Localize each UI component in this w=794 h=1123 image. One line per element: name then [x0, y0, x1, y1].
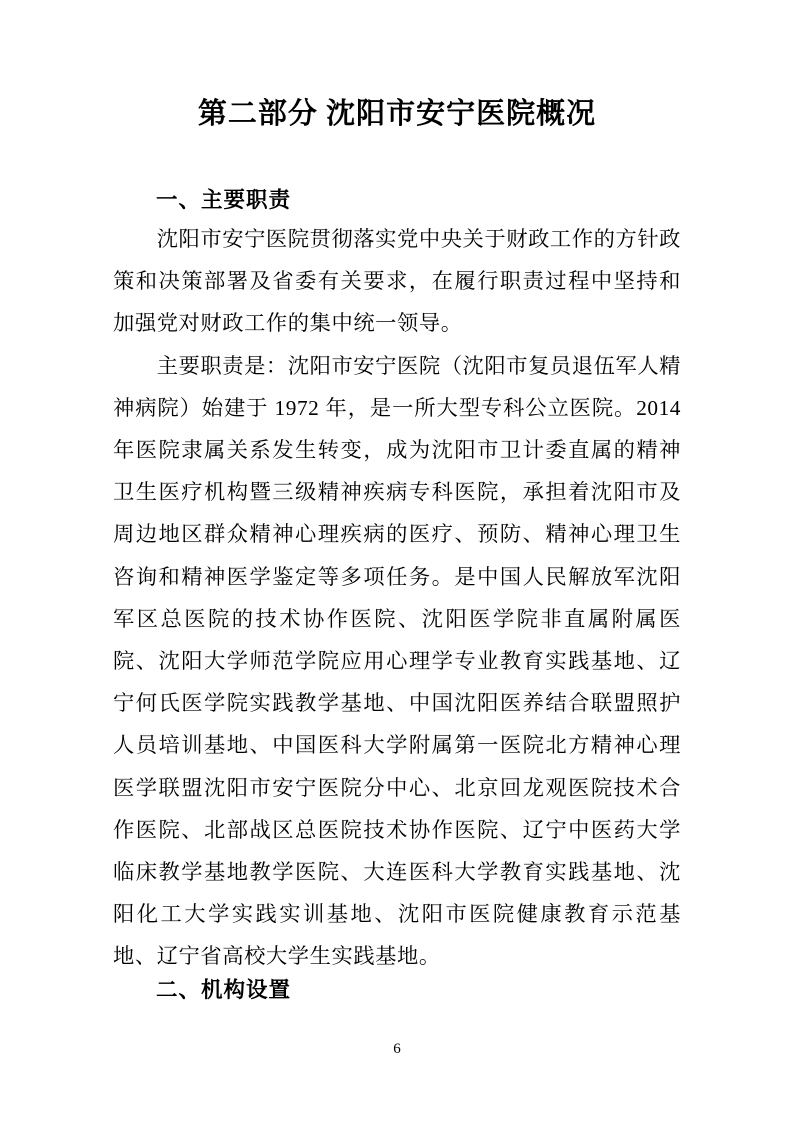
page-title: 第二部分 沈阳市安宁医院概况	[113, 0, 681, 131]
section-heading-org-structure: 二、机构设置	[113, 978, 681, 1002]
section-heading-main-duties: 一、主要职责	[113, 188, 681, 212]
page-number: 6	[393, 1041, 401, 1057]
paragraph-hospital-overview: 主要职责是：沈阳市安宁医院（沈阳市复员退伍军人精神病院）始建于 1972 年，是…	[113, 345, 681, 978]
paragraph-party-leadership: 沈阳市安宁医院贯彻落实党中央关于财政工作的方针政策和决策部署及省委有关要求，在履…	[113, 218, 681, 345]
page-footer: 6	[0, 1040, 794, 1058]
document-content: 第二部分 沈阳市安宁医院概况 一、主要职责 沈阳市安宁医院贯彻落实党中央关于财政…	[113, 0, 681, 1002]
document-page: 第二部分 沈阳市安宁医院概况 一、主要职责 沈阳市安宁医院贯彻落实党中央关于财政…	[0, 0, 794, 1123]
